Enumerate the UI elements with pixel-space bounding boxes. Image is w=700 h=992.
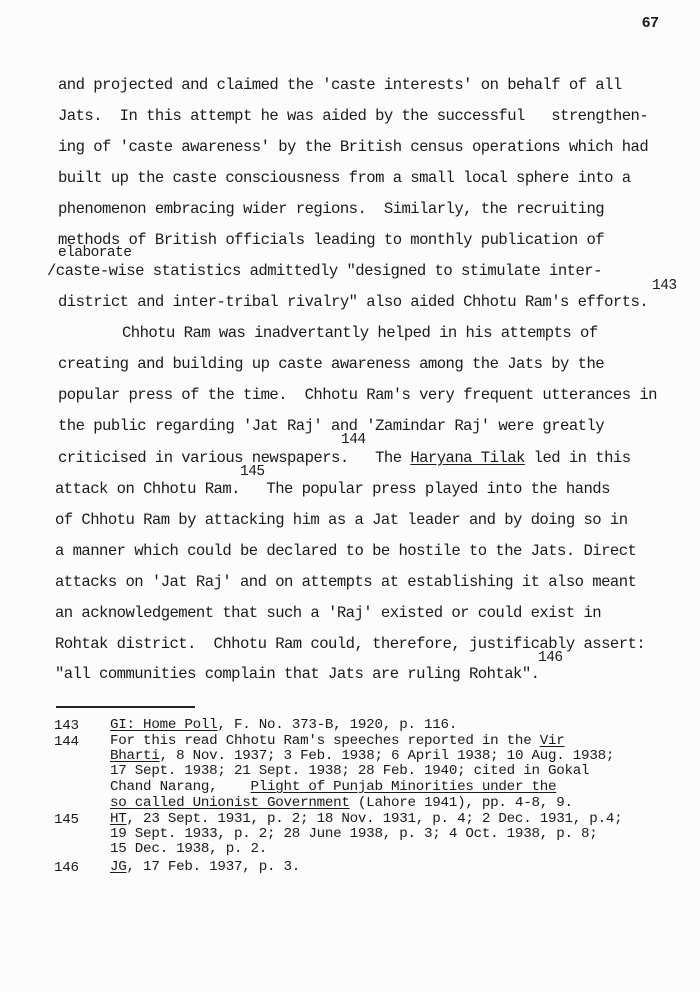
source-title: GI: Home Poll [110, 717, 217, 733]
footnote-ref-144: 144 [341, 432, 366, 448]
source-title: HT [110, 811, 127, 827]
body-line: Chhotu Ram was inadvertantly helped in h… [122, 324, 598, 342]
footnote-text: Chand Narang, [110, 779, 251, 795]
body-line: of Chhotu Ram by attacking him as a Jat … [55, 511, 628, 529]
body-line: district and inter-tribal rivalry" also … [58, 293, 648, 311]
body-text: led in this [525, 449, 631, 467]
body-line: creating and building up caste awareness… [58, 355, 604, 373]
footnote-line: so called Unionist Government (Lahore 19… [110, 796, 573, 812]
footnote-line: 17 Sept. 1938; 21 Sept. 1938; 28 Feb. 19… [110, 764, 589, 780]
footnote-text: (Lahore 1941), pp. 4-8, 9. [350, 795, 573, 811]
footnote-number: 146 [54, 860, 79, 876]
inserted-word: elaborate [58, 245, 131, 261]
body-line: the public regarding 'Jat Raj' and 'Zami… [58, 417, 604, 435]
body-line: "all communities complain that Jats are … [55, 665, 539, 683]
body-line: phenomenon embracing wider regions. Simi… [58, 200, 604, 218]
footnote-line: Chand Narang, Plight of Punjab Minoritie… [110, 780, 556, 796]
footnote-line: 15 Dec. 1938, p. 2. [110, 842, 267, 858]
source-title: JG [110, 859, 127, 875]
source-title: Vir [540, 733, 565, 749]
footnote-text: 19 Sept. 1933, p. 2; 28 June 1938, p. 3;… [110, 826, 598, 842]
body-line: /caste-wise statistics admittedly "desig… [47, 262, 602, 280]
source-title: Plight of Punjab Minorities under the [251, 779, 557, 795]
body-line: and projected and claimed the 'caste int… [58, 76, 622, 94]
body-line: Jats. In this attempt he was aided by th… [58, 107, 648, 125]
footnote-text: , 8 Nov. 1937; 3 Feb. 1938; 6 April 1938… [160, 748, 615, 764]
footnote-text: 15 Dec. 1938, p. 2. [110, 841, 267, 857]
body-text: criticised in various newspapers. The [58, 449, 410, 467]
body-line: a manner which could be declared to be h… [55, 542, 636, 560]
footnote-text: 17 Sept. 1938; 21 Sept. 1938; 28 Feb. 19… [110, 763, 589, 779]
footnote-separator [56, 706, 195, 708]
body-line: an acknowledgement that such a 'Raj' exi… [55, 604, 601, 622]
body-line: attack on Chhotu Ram. The popular press … [55, 480, 610, 498]
footnote-ref-143: 143 [652, 278, 677, 294]
footnote-number: 145 [54, 812, 79, 828]
newspaper-title-haryana-tilak: Haryana Tilak [410, 449, 525, 467]
body-line: ing of 'caste awareness' by the British … [58, 138, 648, 156]
source-title: Bharti [110, 748, 160, 764]
footnote-number: 143 [54, 718, 79, 734]
body-line: criticised in various newspapers. The Ha… [58, 449, 631, 467]
footnote-text: , 23 Sept. 1931, p. 2; 18 Nov. 1931, p. … [127, 811, 623, 827]
footnote-text: , 17 Feb. 1937, p. 3. [127, 859, 301, 875]
page-number: 67 [642, 14, 659, 31]
body-line: methods of British officials leading to … [58, 231, 604, 249]
body-line: attacks on 'Jat Raj' and on attempts at … [55, 573, 636, 591]
footnote-ref-146: 146 [538, 650, 563, 666]
footnote-number: 144 [54, 734, 79, 750]
footnote-line: GI: Home Poll, F. No. 373-B, 1920, p. 11… [110, 718, 457, 734]
footnote-text: For this read Chhotu Ram's speeches repo… [110, 733, 540, 749]
body-line: popular press of the time. Chhotu Ram's … [58, 386, 657, 404]
footnote-text: , F. No. 373-B, 1920, p. 116. [217, 717, 457, 733]
body-line: built up the caste consciousness from a … [58, 169, 631, 187]
source-title: so called Unionist Government [110, 795, 350, 811]
footnote-ref-145: 145 [240, 464, 265, 480]
footnote-line: JG, 17 Feb. 1937, p. 3. [110, 860, 300, 876]
